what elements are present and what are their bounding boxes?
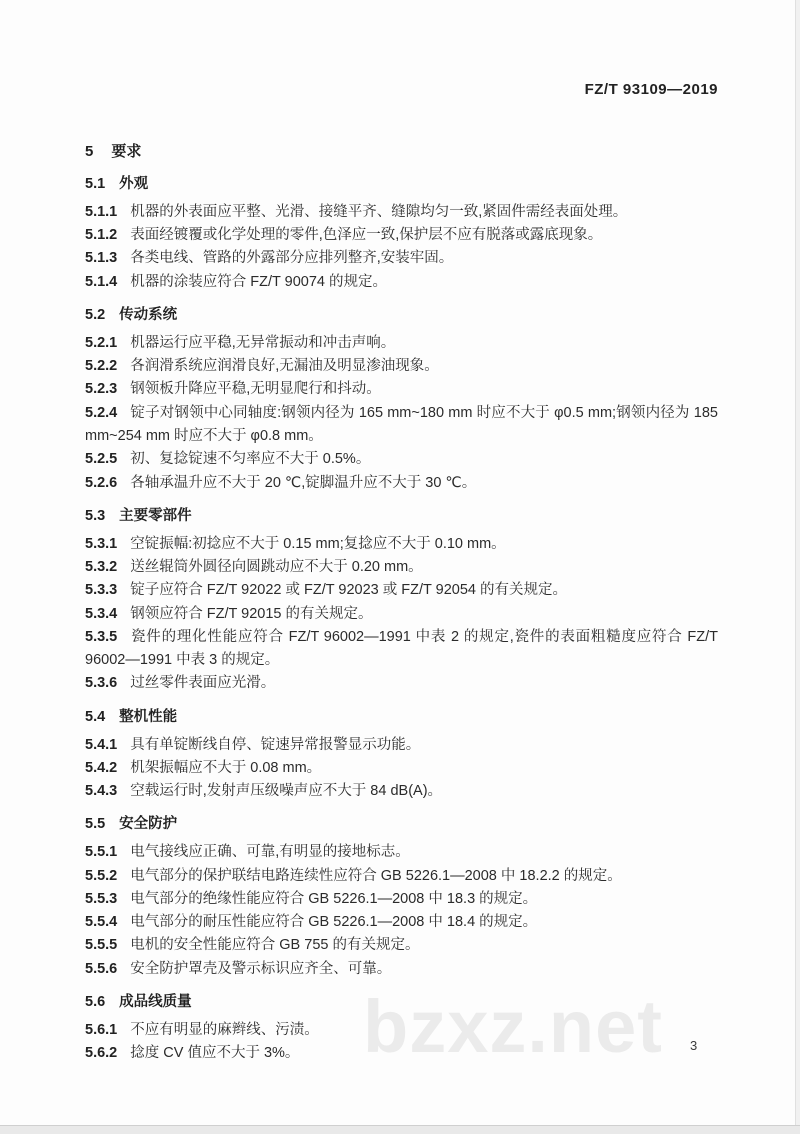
section-title: 传动系统 [119, 307, 177, 323]
clause-text: 电气部分的耐压性能应符合 GB 5226.1—2008 中 18.4 的规定。 [130, 914, 537, 930]
chapter-number: 5 [85, 143, 93, 160]
clause-5-4-1: 5.4.1具有单锭断线自停、锭速异常报警显示功能。 [85, 734, 718, 757]
clause-5-1-2: 5.1.2表面经镀覆或化学处理的零件,色泽应一致,保护层不应有脱落或露底现象。 [85, 224, 718, 247]
clause-5-5-2: 5.5.2电气部分的保护联结电路连续性应符合 GB 5226.1—2008 中 … [85, 865, 718, 888]
clause-number: 5.3.1 [85, 536, 117, 552]
clause-number: 5.3.2 [85, 559, 117, 575]
clause-number: 5.2.5 [85, 451, 117, 467]
section-title: 外观 [119, 176, 148, 192]
clause-text: 各轴承温升应不大于 20 ℃,锭脚温升应不大于 30 ℃。 [130, 475, 476, 491]
clause-5-3-4: 5.3.4钢领应符合 FZ/T 92015 的有关规定。 [85, 603, 718, 626]
clause-number: 5.2.1 [85, 335, 117, 351]
clause-text: 电气部分的保护联结电路连续性应符合 GB 5226.1—2008 中 18.2.… [130, 868, 622, 884]
clause-text: 机架振幅应不大于 0.08 mm。 [130, 760, 321, 776]
clause-number: 5.6.2 [85, 1045, 117, 1061]
clause-text: 各润滑系统应润滑良好,无漏油及明显渗油现象。 [130, 358, 439, 374]
clause-5-4-3: 5.4.3空载运行时,发射声压级噪声应不大于 84 dB(A)。 [85, 780, 718, 803]
clause-number: 5.4.3 [85, 783, 117, 799]
clause-number: 5.2.3 [85, 381, 117, 397]
clause-text: 电机的安全性能应符合 GB 755 的有关规定。 [130, 937, 419, 953]
section-5-5-clauses: 5.5.1电气接线应正确、可靠,有明显的接地标志。 5.5.2电气部分的保护联结… [85, 841, 718, 981]
clause-5-5-1: 5.5.1电气接线应正确、可靠,有明显的接地标志。 [85, 841, 718, 864]
clause-number: 5.5.2 [85, 868, 117, 884]
clause-number: 5.5.6 [85, 961, 117, 977]
clause-number: 5.1.4 [85, 274, 117, 290]
section-5-3-clauses: 5.3.1空锭振幅:初捻应不大于 0.15 mm;复捻应不大于 0.10 mm。… [85, 533, 718, 696]
section-number: 5.2 [85, 307, 105, 323]
clause-number: 5.1.1 [85, 204, 117, 220]
clause-5-2-2: 5.2.2各润滑系统应润滑良好,无漏油及明显渗油现象。 [85, 355, 718, 378]
clause-5-2-4: 5.2.4锭子对钢领中心同轴度:钢领内径为 165 mm~180 mm 时应不大… [85, 402, 718, 449]
section-heading-5-3: 5.3主要零部件 [85, 505, 718, 528]
section-number: 5.4 [85, 709, 105, 725]
clause-5-1-3: 5.1.3各类电线、管路的外露部分应排列整齐,安装牢固。 [85, 247, 718, 270]
clause-text: 钢领应符合 FZ/T 92015 的有关规定。 [130, 606, 372, 622]
clause-number: 5.3.4 [85, 606, 117, 622]
page-number: 3 [690, 1038, 697, 1053]
clause-5-6-1: 5.6.1不应有明显的麻辫线、污渍。 [85, 1019, 718, 1042]
clause-number: 5.3.3 [85, 582, 117, 598]
section-heading-5-5: 5.5安全防护 [85, 813, 718, 836]
clause-text: 机器运行应平稳,无异常振动和冲击声响。 [130, 335, 395, 351]
clause-text: 送丝辊筒外圆径向圆跳动应不大于 0.20 mm。 [130, 559, 422, 575]
clause-text: 钢领板升降应平稳,无明显爬行和抖动。 [130, 381, 381, 397]
clause-number: 5.3.5 [85, 629, 117, 645]
section-heading-5-6: 5.6成品线质量 [85, 991, 718, 1014]
section-5-2-clauses: 5.2.1机器运行应平稳,无异常振动和冲击声响。 5.2.2各润滑系统应润滑良好… [85, 332, 718, 495]
section-number: 5.3 [85, 508, 105, 524]
clause-text: 锭子应符合 FZ/T 92022 或 FZ/T 92023 或 FZ/T 920… [130, 582, 567, 598]
clause-text: 电气接线应正确、可靠,有明显的接地标志。 [130, 844, 410, 860]
clause-number: 5.2.4 [85, 405, 117, 421]
clause-number: 5.6.1 [85, 1022, 117, 1038]
clause-5-1-1: 5.1.1机器的外表面应平整、光滑、接缝平齐、缝隙均匀一致,紧固件需经表面处理。 [85, 201, 718, 224]
clause-text: 初、复捻锭速不匀率应不大于 0.5%。 [130, 451, 370, 467]
clause-5-4-2: 5.4.2机架振幅应不大于 0.08 mm。 [85, 757, 718, 780]
section-heading-5-1: 5.1外观 [85, 173, 718, 196]
clause-text: 空载运行时,发射声压级噪声应不大于 84 dB(A)。 [130, 783, 442, 799]
scan-edge-bottom [0, 1125, 800, 1134]
clause-text: 瓷件的理化性能应符合 FZ/T 96002—1991 中表 2 的规定,瓷件的表… [85, 629, 718, 668]
clause-5-2-6: 5.2.6各轴承温升应不大于 20 ℃,锭脚温升应不大于 30 ℃。 [85, 472, 718, 495]
clause-text: 不应有明显的麻辫线、污渍。 [130, 1022, 319, 1038]
section-title: 安全防护 [119, 816, 177, 832]
clause-number: 5.3.6 [85, 675, 117, 691]
section-5-4-clauses: 5.4.1具有单锭断线自停、锭速异常报警显示功能。 5.4.2机架振幅应不大于 … [85, 734, 718, 804]
clause-5-3-5: 5.3.5瓷件的理化性能应符合 FZ/T 96002—1991 中表 2 的规定… [85, 626, 718, 673]
clause-text: 具有单锭断线自停、锭速异常报警显示功能。 [130, 737, 420, 753]
clause-text: 安全防护罩壳及警示标识应齐全、可靠。 [130, 961, 391, 977]
clause-5-5-5: 5.5.5电机的安全性能应符合 GB 755 的有关规定。 [85, 934, 718, 957]
clause-5-5-3: 5.5.3电气部分的绝缘性能应符合 GB 5226.1—2008 中 18.3 … [85, 888, 718, 911]
clause-text: 表面经镀覆或化学处理的零件,色泽应一致,保护层不应有脱落或露底现象。 [130, 227, 602, 243]
section-number: 5.6 [85, 994, 105, 1010]
chapter-heading: 5要求 [85, 140, 718, 163]
clause-5-2-5: 5.2.5初、复捻锭速不匀率应不大于 0.5%。 [85, 448, 718, 471]
section-heading-5-2: 5.2传动系统 [85, 304, 718, 327]
clause-number: 5.1.2 [85, 227, 117, 243]
document-content: FZ/T 93109—2019 5要求 5.1外观 5.1.1机器的外表面应平整… [0, 0, 800, 1065]
chapter-title: 要求 [111, 143, 141, 160]
clause-text: 各类电线、管路的外露部分应排列整齐,安装牢固。 [130, 250, 453, 266]
clause-5-5-4: 5.5.4电气部分的耐压性能应符合 GB 5226.1—2008 中 18.4 … [85, 911, 718, 934]
clause-number: 5.5.4 [85, 914, 117, 930]
clause-5-3-6: 5.3.6过丝零件表面应光滑。 [85, 672, 718, 695]
section-heading-5-4: 5.4整机性能 [85, 706, 718, 729]
section-title: 成品线质量 [119, 994, 192, 1010]
section-5-6-clauses: 5.6.1不应有明显的麻辫线、污渍。 5.6.2捻度 CV 值应不大于 3%。 [85, 1019, 718, 1066]
scan-edge-right [795, 0, 800, 1134]
clause-5-3-2: 5.3.2送丝辊筒外圆径向圆跳动应不大于 0.20 mm。 [85, 556, 718, 579]
clause-text: 过丝零件表面应光滑。 [130, 675, 275, 691]
clause-text: 捻度 CV 值应不大于 3%。 [130, 1045, 299, 1061]
section-title: 整机性能 [119, 709, 177, 725]
clause-number: 5.2.2 [85, 358, 117, 374]
section-title: 主要零部件 [119, 508, 192, 524]
clause-text: 锭子对钢领中心同轴度:钢领内径为 165 mm~180 mm 时应不大于 φ0.… [85, 405, 718, 444]
clause-5-2-3: 5.2.3钢领板升降应平稳,无明显爬行和抖动。 [85, 378, 718, 401]
document-page: bzxz.net FZ/T 93109—2019 5要求 5.1外观 5.1.1… [0, 0, 800, 1134]
section-number: 5.5 [85, 816, 105, 832]
standard-code-header: FZ/T 93109—2019 [85, 82, 718, 98]
clause-5-6-2: 5.6.2捻度 CV 值应不大于 3%。 [85, 1042, 718, 1065]
clause-5-2-1: 5.2.1机器运行应平稳,无异常振动和冲击声响。 [85, 332, 718, 355]
clause-5-1-4: 5.1.4机器的涂装应符合 FZ/T 90074 的规定。 [85, 271, 718, 294]
clause-number: 5.5.5 [85, 937, 117, 953]
clause-number: 5.2.6 [85, 475, 117, 491]
clause-number: 5.4.2 [85, 760, 117, 776]
clause-number: 5.4.1 [85, 737, 117, 753]
clause-5-3-3: 5.3.3锭子应符合 FZ/T 92022 或 FZ/T 92023 或 FZ/… [85, 579, 718, 602]
clause-number: 5.5.3 [85, 891, 117, 907]
clause-text: 机器的涂装应符合 FZ/T 90074 的规定。 [130, 274, 387, 290]
clause-number: 5.1.3 [85, 250, 117, 266]
clause-5-3-1: 5.3.1空锭振幅:初捻应不大于 0.15 mm;复捻应不大于 0.10 mm。 [85, 533, 718, 556]
clause-text: 机器的外表面应平整、光滑、接缝平齐、缝隙均匀一致,紧固件需经表面处理。 [130, 204, 627, 220]
clause-5-5-6: 5.5.6安全防护罩壳及警示标识应齐全、可靠。 [85, 958, 718, 981]
section-5-1-clauses: 5.1.1机器的外表面应平整、光滑、接缝平齐、缝隙均匀一致,紧固件需经表面处理。… [85, 201, 718, 294]
clause-text: 电气部分的绝缘性能应符合 GB 5226.1—2008 中 18.3 的规定。 [130, 891, 537, 907]
clause-text: 空锭振幅:初捻应不大于 0.15 mm;复捻应不大于 0.10 mm。 [130, 536, 505, 552]
section-number: 5.1 [85, 176, 105, 192]
clause-number: 5.5.1 [85, 844, 117, 860]
